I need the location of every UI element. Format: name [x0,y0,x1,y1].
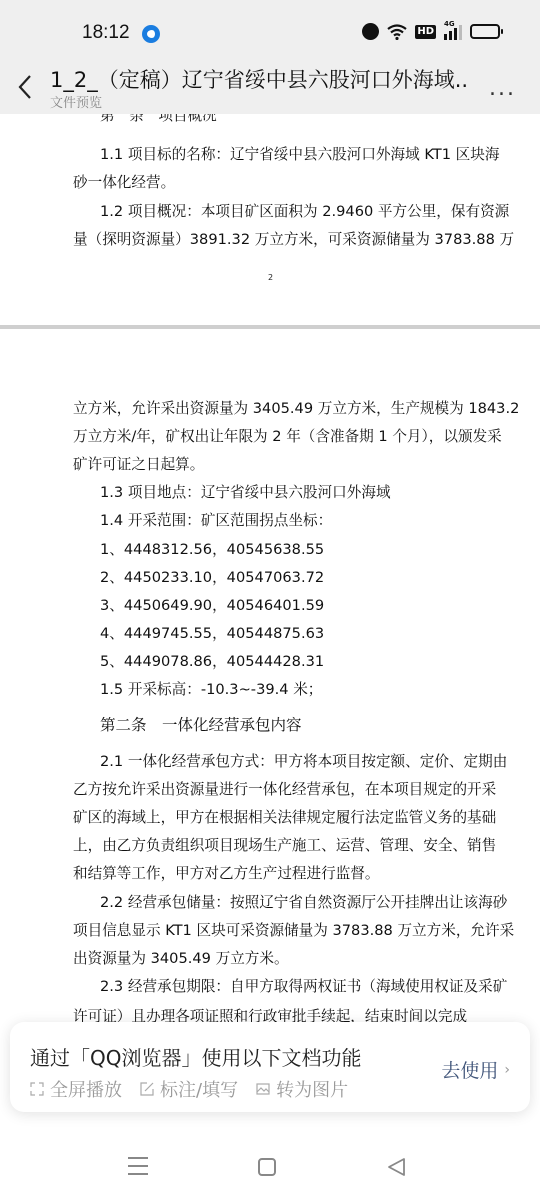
back-icon[interactable] [14,72,36,102]
recent-apps-button[interactable] [128,1157,148,1175]
image-icon [256,1082,270,1096]
feature-to-image[interactable]: 转为图片 [256,1076,348,1102]
go-use-button[interactable]: 去使用 › [441,1056,510,1083]
doc-line: 乙方按允许采出资源量进行一体化经营承包，在本项目规定的开采 [73,780,473,800]
document-viewer[interactable]: 第一条 项目概况 1.1 项目标的名称：辽宁省绥中县六股河口外海域 KT1 区块… [0,114,540,1114]
app-header: 1_2_（定稿）辽宁省绥中县六股河口外海域... 文件预览 ... [0,62,540,114]
app-browser-icon [142,25,160,43]
menu-icon-line [128,1165,148,1167]
chevron-right-icon: › [504,1062,510,1078]
coordinate-item: 2、4450233.10，40547063.72 [100,568,500,588]
doc-line: 2.1 一体化经营承包方式：甲方将本项目按定额、定价、定期由 [100,752,500,772]
signal-4g-icon: 4G [444,24,462,40]
doc-line: 出资源量为 3405.49 万立方米。 [73,949,473,969]
page-separator [0,325,540,329]
document-title: 1_2_（定稿）辽宁省绥中县六股河口外海域... [50,64,470,94]
battery-icon [470,24,500,39]
coordinate-item: 1、4448312.56，40545638.55 [100,540,500,560]
coordinate-item: 4、4449745.55，40544875.63 [100,624,500,644]
doc-line: 2.2 经营承包储量：按照辽宁省自然资源厅公开挂牌出让该海砂 [100,893,500,913]
status-bar: 18:12 HD 4G [0,0,540,62]
more-options-button[interactable]: ... [489,76,516,101]
back-triangle-icon[interactable] [386,1157,408,1177]
section-heading: 第二条 一体化经营承包内容 [100,715,500,735]
annotate-icon [140,1082,154,1096]
doc-line: 1.1 项目标的名称：辽宁省绥中县六股河口外海域 KT1 区块海 [100,145,500,165]
doc-line: 1.2 项目概况：本项目矿区面积为 2.9460 平方公里，保有资源 [100,202,500,222]
go-use-label: 去使用 [441,1056,498,1083]
fullscreen-icon [30,1082,44,1096]
page-number: 2 [268,273,273,282]
feature-label: 转为图片 [276,1076,348,1102]
system-icons: HD 4G [362,23,500,40]
feature-list: 全屏播放 标注/填写 转为图片 [30,1076,348,1102]
banner-title: 通过「QQ浏览器」使用以下文档功能 [30,1042,361,1071]
feature-fullscreen[interactable]: 全屏播放 [30,1076,122,1102]
hd-icon: HD [415,25,436,39]
doc-line: 立方米，允许采出资源量为 3405.49 万立方米，生产规模为 1843.2 [73,399,473,419]
doc-line: 和结算等工作，甲方对乙方生产过程进行监督。 [73,864,473,884]
home-button[interactable] [258,1158,276,1176]
header-subtitle: 文件预览 [50,92,102,111]
wifi-icon [387,24,407,40]
alarm-icon [362,23,379,40]
system-nav-bar [0,1130,540,1200]
doc-line: 量（探明资源量）3891.32 万立方米，可采资源储量为 3783.88 万 [73,230,473,250]
doc-line: 1.3 项目地点：辽宁省绥中县六股河口外海域 [100,483,500,503]
doc-line: 砂一体化经营。 [73,173,473,193]
doc-line: 1.5 开采标高：-10.3~-39.4 米； [100,680,500,700]
feature-label: 全屏播放 [50,1076,122,1102]
doc-line: 上，由乙方负责组织项目现场生产施工、运营、管理、安全、销售 [73,836,473,856]
coordinate-item: 5、4449078.86，40544428.31 [100,652,500,672]
menu-icon-line [128,1157,148,1159]
qq-browser-banner[interactable]: 通过「QQ浏览器」使用以下文档功能 全屏播放 标注/填写 转为图片 去使用 › [10,1022,530,1112]
doc-line: 1.4 开采范围：矿区范围拐点坐标： [100,511,500,531]
doc-line: 矿许可证之日起算。 [73,455,473,475]
menu-icon-line [128,1173,148,1175]
feature-label: 标注/填写 [160,1076,238,1102]
coordinate-item: 3、4450649.90，40546401.59 [100,596,500,616]
doc-line: 项目信息显示 KT1 区块可采资源储量为 3783.88 万立方米，允许采 [73,921,473,941]
section-heading: 第一条 项目概况 [100,114,500,126]
doc-line: 万立方米/年，矿权出让年限为 2 年（含准备期 1 个月），以颁发采 [73,427,473,447]
clock: 18:12 [82,22,130,44]
feature-annotate[interactable]: 标注/填写 [140,1076,238,1102]
doc-line: 矿区的海域上，甲方在根据相关法律规定履行法定监管义务的基础 [73,808,473,828]
doc-line: 2.3 经营承包期限：自甲方取得两权证书（海域使用权证及采矿 [100,977,500,997]
